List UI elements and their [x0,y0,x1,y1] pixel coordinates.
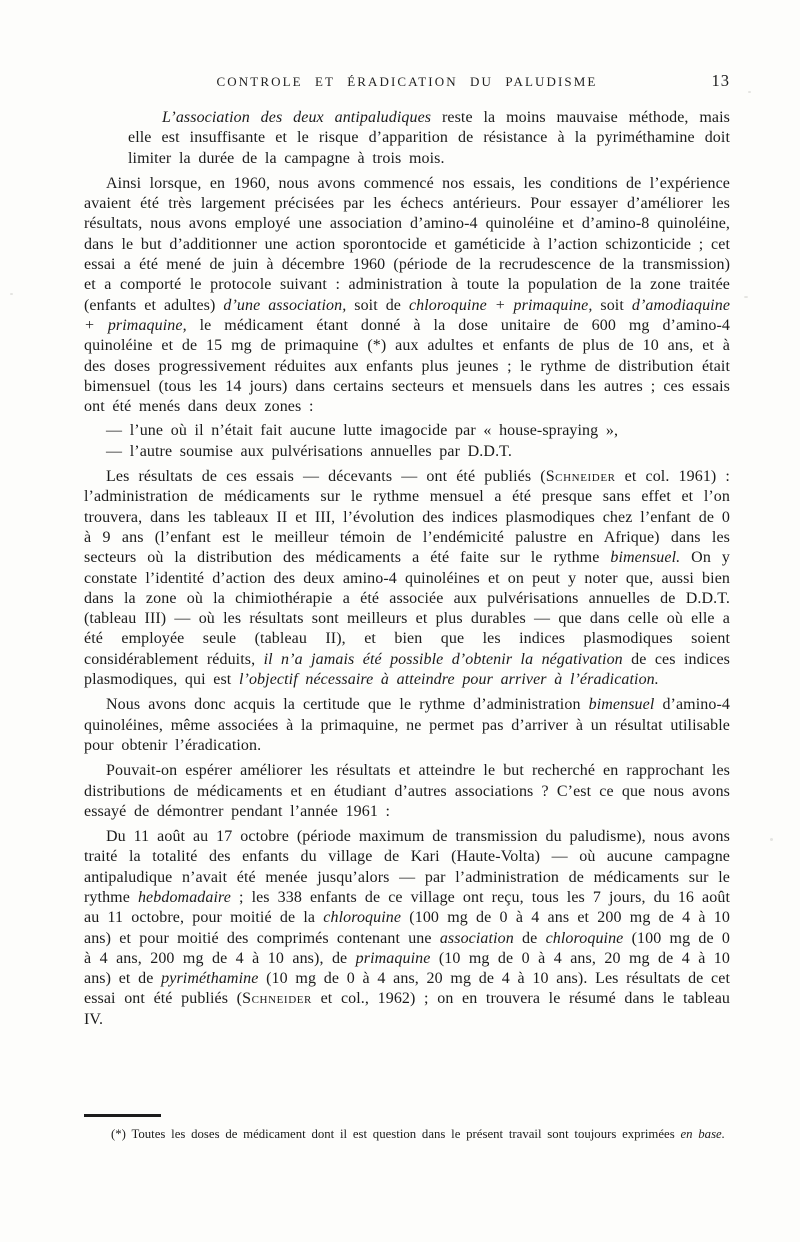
italic-text: l’objectif nécessaire à atteindre pour a… [239,671,659,688]
page-header: CONTROLE ET ÉRADICATION DU PALUDISME 13 [84,74,730,90]
scan-speck [748,91,751,93]
footnote-text: (*) Toutes les doses de médicament dont … [84,1126,730,1142]
scan-speck [744,296,748,298]
document-page: CONTROLE ET ÉRADICATION DU PALUDISME 13 … [0,0,800,1242]
text-run: Nous avons donc acquis la certitude que … [106,696,589,713]
footnote-area: (*) Toutes les doses de médicament dont … [84,1114,730,1142]
italic-text: bimensuel. [610,549,680,566]
smallcaps-text: Schneider [546,468,616,485]
conclusion-bimensuel-paragraph: Nous avons donc acquis la certitude que … [84,695,730,756]
text-run: Pouvait-on espérer améliorer les résulta… [84,762,730,820]
text-run: (*) Toutes les doses de médicament dont … [111,1127,680,1141]
italic-text: chloroquine [323,909,401,926]
italic-text: pyriméthamine [161,970,258,987]
italic-text: chloroquine + primaquine, [409,297,592,314]
text-run: soit de [346,297,409,314]
italic-text: il n’a jamais été possible d’obtenir la … [264,651,623,668]
text-run: Ainsi lorsque, en 1960, nous avons comme… [84,175,730,314]
text-run: de [514,930,546,947]
smallcaps-text: Schneider [242,990,312,1007]
italic-text: L’association des deux antipaludiques [162,109,431,126]
italic-text: primaquine [356,950,431,967]
footnote-rule [84,1114,161,1117]
italic-text: chloroquine [546,930,624,947]
question-paragraph: Pouvait-on espérer améliorer les résulta… [84,761,730,822]
intro-summary-paragraph: L’association des deux antipaludiques re… [128,108,730,169]
text-run: — l’autre soumise aux pulvérisations ann… [106,443,512,460]
text-run: Les résultats de ces essais — décevants … [106,468,546,485]
zone-list-item-2: — l’autre soumise aux pulvérisations ann… [84,442,730,462]
italic-text: hebdomadaire [138,889,231,906]
kari-trial-paragraph: Du 11 août au 17 octobre (période maximu… [84,827,730,1030]
text-run: — l’une où il n’était fait aucune lutte … [106,422,618,439]
page-number: 13 [712,71,731,91]
text-run: soit [592,297,631,314]
results-paragraph: Les résultats de ces essais — décevants … [84,467,730,690]
scan-speck [10,293,13,295]
scan-speck [770,838,773,841]
running-head-title: CONTROLE ET ÉRADICATION DU PALUDISME [84,74,730,90]
italic-text: association [440,930,514,947]
zone-list-item-1: — l’une où il n’était fait aucune lutte … [84,421,730,441]
page-body: L’association des deux antipaludiques re… [84,108,730,1030]
trials-1960-paragraph: Ainsi lorsque, en 1960, nous avons comme… [84,174,730,418]
italic-text: bimensuel [589,696,655,713]
italic-text: en base. [680,1127,725,1141]
italic-text: d’une association, [223,297,346,314]
